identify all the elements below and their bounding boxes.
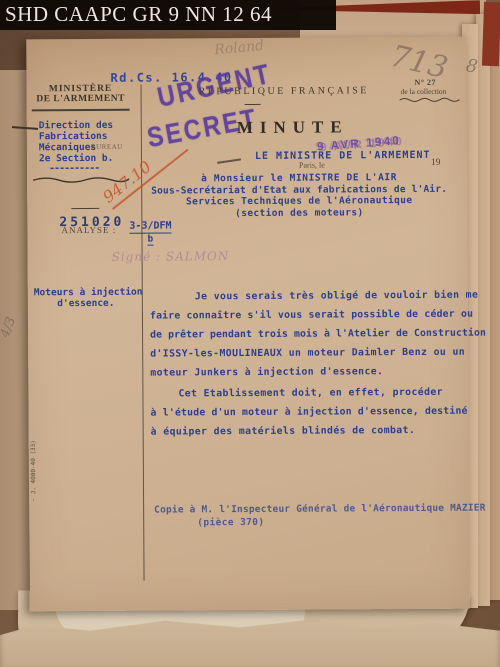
analyse-label: ANALYSE : bbox=[61, 225, 116, 235]
body-p1-line3: de prêter pendant trois mois à l'Atelier… bbox=[150, 328, 486, 341]
recipient-block: à Monsieur le MINISTRE DE L'AIR Sous-Sec… bbox=[131, 172, 467, 220]
paris-le-printed: Paris, le bbox=[299, 161, 325, 170]
year-printed: 19 bbox=[431, 158, 441, 168]
collection-wavy-underline bbox=[399, 96, 463, 103]
body-p1-line5: moteur Junkers à injection d'essence. bbox=[150, 366, 383, 378]
sender-line: LE MINISTRE DE L'ARMEMENT bbox=[255, 150, 431, 162]
folder-edge-maroon bbox=[482, 2, 500, 67]
body-p2-line3: à équiper des matériels blindés de comba… bbox=[151, 425, 416, 438]
body-p2-line1: Cet Etablissement doit, en effet, procéd… bbox=[178, 387, 443, 400]
subject-line-1: Moteurs à injection bbox=[34, 287, 138, 299]
printer-mark: - J. 4000-40 (33) bbox=[30, 440, 37, 501]
archive-photo: 4/3 8 Roland 713 N° 27 de la collection … bbox=[0, 0, 500, 667]
direction-dashes: ---------- bbox=[49, 163, 99, 174]
body-p1-line2: faire connaître s'il vous serait possibl… bbox=[150, 309, 473, 322]
archive-label: SHD CAAPC GR 9 NN 12 64 bbox=[5, 2, 272, 27]
name-pencil: Roland bbox=[214, 38, 265, 59]
short-centered-line bbox=[71, 208, 99, 209]
copy-note-line1: Copie à M. l'Inspecteur Général de l'Aér… bbox=[154, 503, 486, 516]
page-edge-right-mid bbox=[476, 14, 490, 606]
direction-line-1: Direction des bbox=[39, 120, 113, 131]
recipient-line-2: Sous-Secrétariat d'Etat aux fabrications… bbox=[131, 183, 467, 197]
copy-note-line2: (pièce 370) bbox=[197, 517, 264, 528]
ref-code: 3-3/DFM bbox=[129, 220, 171, 233]
recipient-line-4: (section des moteurs) bbox=[131, 206, 467, 220]
ministry-underline bbox=[32, 109, 130, 111]
signed-stamp: Signé : SALMON bbox=[112, 249, 230, 264]
body-p1-line1: Je vous serais très obligé de vouloir bi… bbox=[195, 290, 478, 303]
ministry-title-line2: DE L'ARMEMENT bbox=[32, 94, 130, 105]
ref-code-sub: b bbox=[147, 234, 153, 246]
underlying-page-left bbox=[0, 70, 29, 610]
collection-number: N° 27 bbox=[415, 78, 437, 87]
minute-heading: MINUTE bbox=[237, 117, 349, 138]
collection-label: de la collection bbox=[401, 87, 447, 96]
handwriting-tick bbox=[217, 158, 241, 163]
body-p2-line2: à l'étude d'un moteur à injection d'esse… bbox=[151, 406, 468, 419]
direction-line-3: Mécaniques bbox=[39, 142, 96, 153]
republique-dash bbox=[245, 104, 261, 105]
subject-line-2: d'essence. bbox=[34, 298, 138, 310]
ministry-title-line1: MINISTÈRE bbox=[32, 84, 130, 95]
direction-line-2: Fabrications bbox=[39, 131, 108, 142]
body-p1-line4: d'ISSY-les-MOULINEAUX un moteur Daimler … bbox=[150, 347, 465, 360]
republique-heading: RÉPUBLIQUE FRANÇAISE bbox=[199, 85, 369, 97]
document-sheet: Roland 713 N° 27 de la collection Rd.Cs.… bbox=[26, 37, 469, 612]
